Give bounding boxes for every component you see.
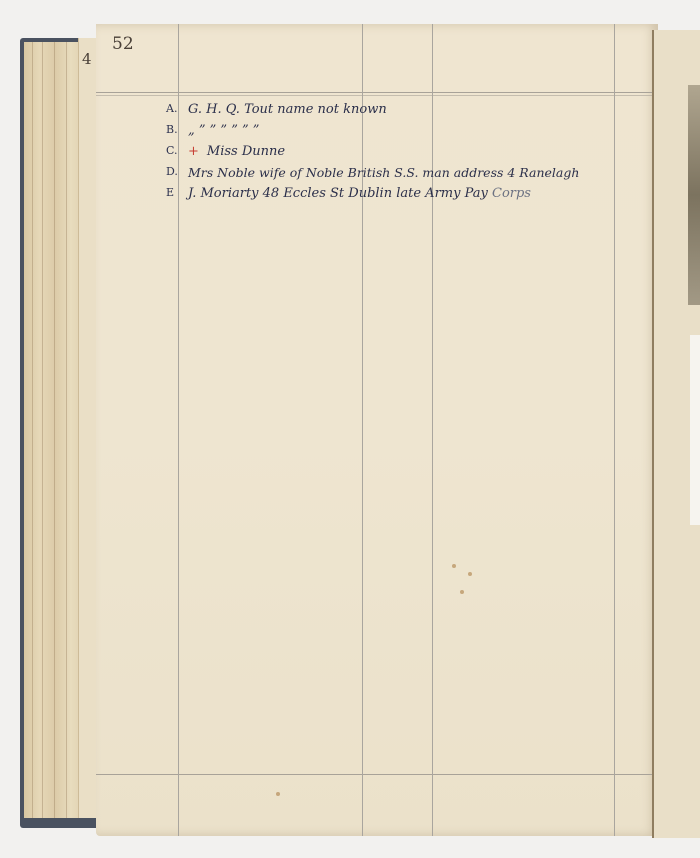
entry-text: „ ” ” ” ” ” ”	[188, 123, 259, 138]
entry-letter: E	[166, 186, 174, 199]
entry-text: J. Moriarty 48 Eccles St Dublin late Arm…	[188, 186, 488, 201]
entry-letter: C.	[166, 144, 178, 157]
footer-rule	[96, 774, 658, 775]
red-cross-mark: +	[188, 144, 199, 159]
foxing-spot	[452, 564, 456, 568]
entry-letter: D.	[166, 165, 178, 178]
ledger-page: 52 A. G. H. Q. Tout name not known B. „ …	[96, 24, 658, 836]
entry-c: C. +Miss Dunne	[96, 144, 696, 165]
attached-photograph	[688, 85, 700, 305]
entry-letter: B.	[166, 123, 178, 136]
entry-text: Mrs Noble wife of Noble British S.S. man…	[188, 165, 579, 180]
attached-card	[690, 335, 700, 525]
page-number: 52	[112, 34, 134, 54]
foxing-spot	[468, 572, 472, 576]
entry-b: B. „ ” ” ” ” ” ”	[96, 123, 696, 144]
header-rule	[96, 92, 658, 93]
entry-text: G. H. Q. Tout name not known	[188, 102, 387, 117]
entry-list: A. G. H. Q. Tout name not known B. „ ” ”…	[96, 102, 696, 207]
entry-faint-text: Corps	[488, 186, 531, 201]
entry-e: E J. Moriarty 48 Eccles St Dublin late A…	[96, 186, 696, 207]
entry-a: A. G. H. Q. Tout name not known	[96, 102, 696, 123]
entry-text-wrapper: J. Moriarty 48 Eccles St Dublin late Arm…	[188, 186, 531, 201]
header-rule-2	[96, 95, 658, 96]
entry-text-wrapper: +Miss Dunne	[188, 144, 285, 159]
foxing-spot	[460, 590, 464, 594]
entry-text: Miss Dunne	[207, 144, 285, 159]
foxing-spot	[276, 792, 280, 796]
entry-letter: A.	[166, 102, 177, 115]
entry-d: D. Mrs Noble wife of Noble British S.S. …	[96, 165, 696, 186]
